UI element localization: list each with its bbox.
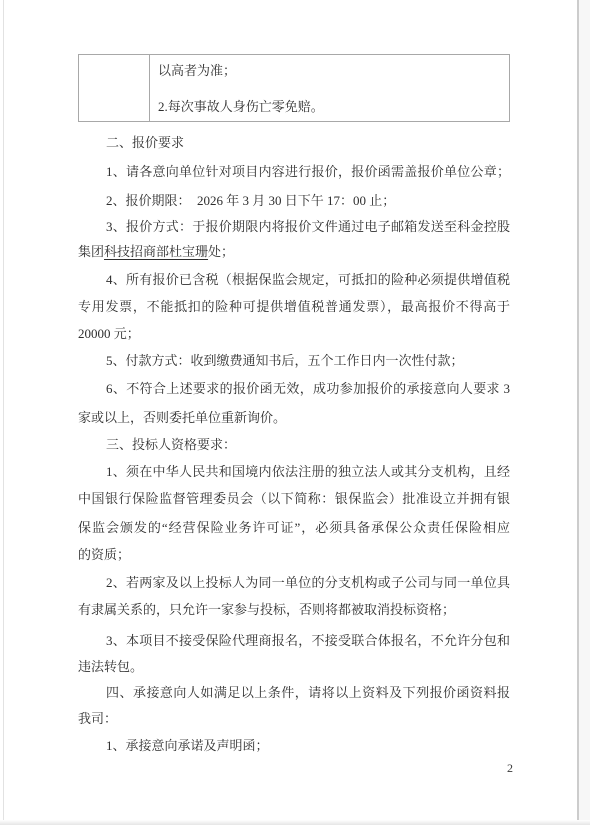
material-item-1-commitment-letter: 1、承接意向承诺及声明函； [78,737,510,755]
text-segment-post: 处； [208,244,234,259]
quote-item-3-method-line2: 集团科技招商部杜宝珊处； [78,243,510,261]
page-number: 2 [507,761,513,776]
quote-item-4-tax-line2: 专用发票，不能抵扣的险种可提供增值税普通发票），最高报价不得高于 [78,298,510,316]
quote-item-1-seal-requirement: 1、请各意向单位针对项目内容进行报价，报价函需盖报价单位公章； [78,163,510,181]
table-cell-line-higher-prevails: 以高者为准； [158,62,236,80]
quote-item-5-payment-terms: 5、付款方式：收到缴费通知书后，五个工作日内一次性付款； [78,352,510,370]
quote-item-6-invalid-line1: 6、不符合上述要求的报价函无效，成功参加报价的承接意向人要求 3 [78,380,510,398]
table-column-divider [149,55,150,121]
qual-item-1-line2: 中国银行保险监督管理委员会（以下简称：银保监会）批准设立并拥有银 [78,490,510,508]
page-right-margin [579,0,590,825]
quote-item-6-invalid-line2: 家或以上，否则委托单位重新询价。 [78,409,510,427]
quote-item-4-tax-line3: 20000 元； [78,325,510,343]
quote-item-4-tax-line1: 4、所有报价已含税（根据保监会规定，可抵扣的险种必须提供增值税 [78,271,510,289]
document-page: 以高者为准； 2.每次事故人身伤亡零免赔。 二、报价要求 1、请各意向单位针对项… [0,0,590,825]
qual-item-3-line1: 3、本项目不接受保险代理商报名，不接受联合体报名，不允许分包和 [78,632,510,650]
quote-item-3-method-line1: 3、报价方式：于报价期限内将报价文件通过电子邮箱发送至科金控股 [78,218,510,236]
section-heading-bidder-qualifications: 三、投标人资格要求： [78,436,510,454]
coverage-table-fragment: 以高者为准； 2.每次事故人身伤亡零免赔。 [78,54,510,122]
quote-item-2-deadline: 2、报价期限： 2026 年 3 月 30 日下午 17：00 止； [78,192,510,210]
section-4-submit-materials-line1: 四、承接意向人如满足以上条件，请将以上资料及下列报价函资料报 [78,684,510,702]
page-right-edge-line [577,0,579,825]
qual-item-1-line3: 保监会颁发的“经营保险业务许可证”，必须具备承保公众责任保险相应 [78,519,510,537]
contact-name-underlined: 科技招商部杜宝珊 [104,244,208,259]
qual-item-1-line1: 1、须在中华人民共和国境内依法注册的独立法人或其分支机构，且经 [78,463,510,481]
section-4-submit-materials-line2: 我司： [78,710,510,728]
qual-item-2-line1: 2、若两家及以上投标人为同一单位的分支机构或子公司与同一单位具 [78,574,510,592]
qual-item-3-line2: 违法转包。 [78,658,510,676]
table-cell-line-zero-deductible: 2.每次事故人身伤亡零免赔。 [158,98,324,116]
qual-item-1-line4: 的资质； [78,546,510,564]
text-segment-pre: 集团 [78,244,104,259]
qual-item-2-line2: 有隶属关系的，只允许一家参与投标，否则将都被取消投标资格； [78,601,510,619]
section-heading-quotation-requirements: 二、报价要求 [78,134,510,152]
page-bottom-shadow [0,820,590,825]
page-left-edge-line [3,0,4,825]
